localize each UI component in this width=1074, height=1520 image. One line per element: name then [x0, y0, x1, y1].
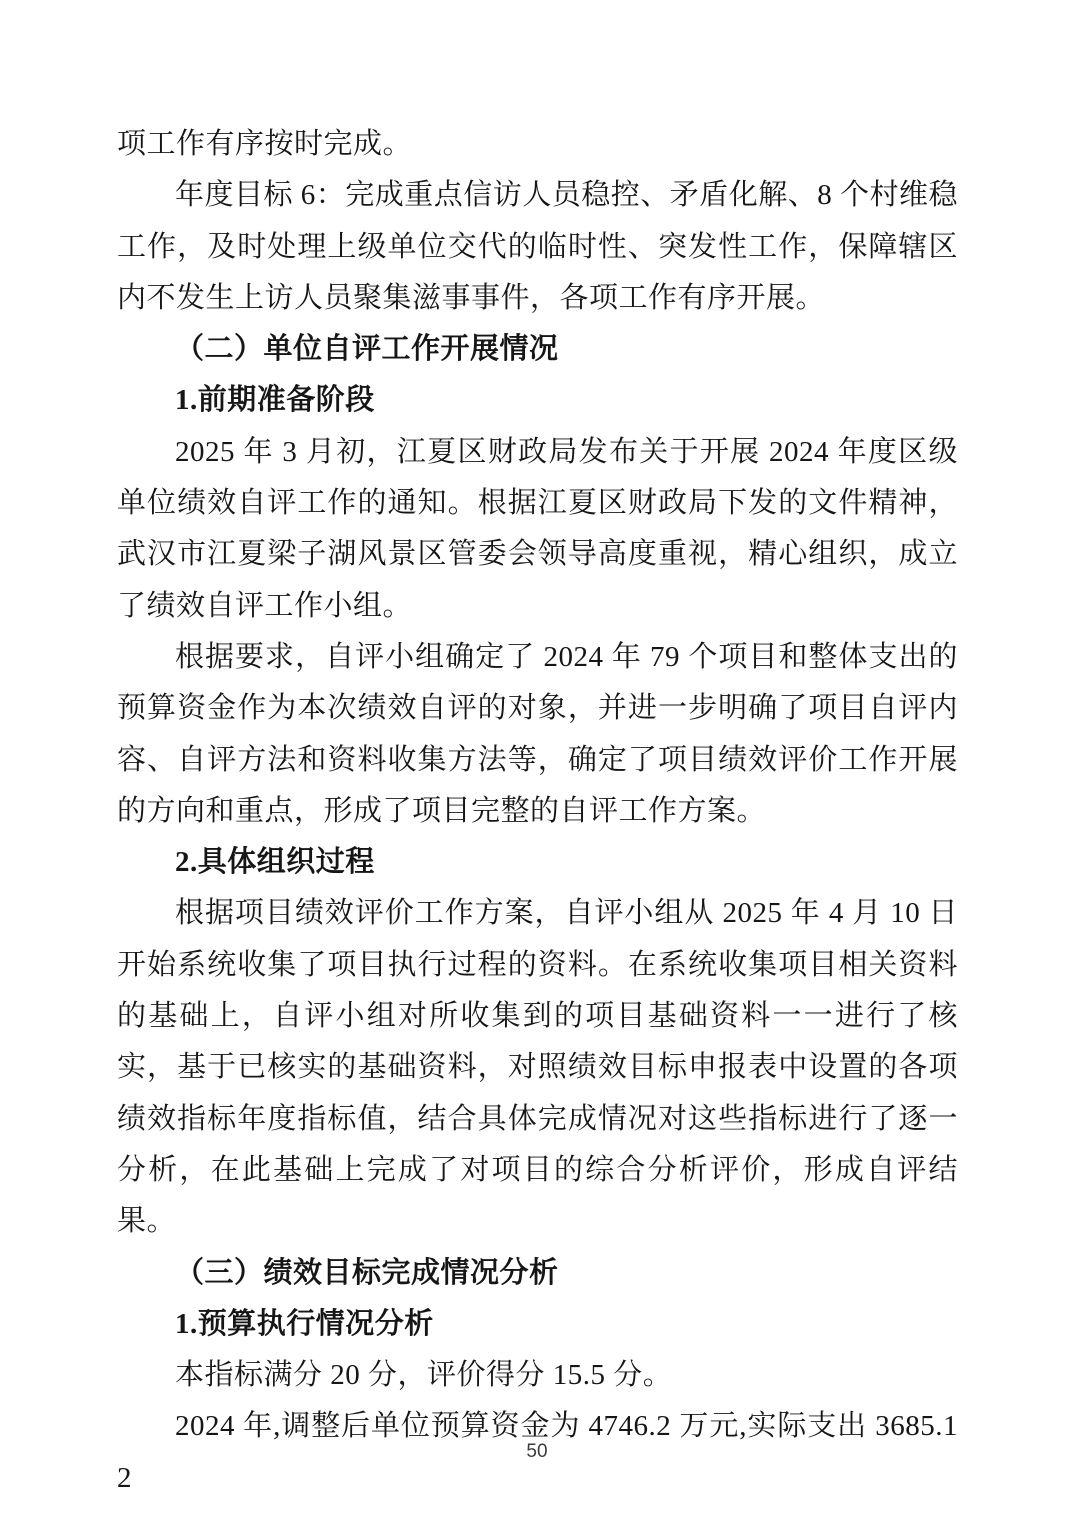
paragraph-continuation: 项工作有序按时完成。 [117, 119, 958, 170]
section-heading-2: （二）单位自评工作开展情况 [117, 324, 958, 375]
subsection-heading-1-budget-execution: 1.预算执行情况分析 [117, 1299, 958, 1350]
document-page: 项工作有序按时完成。 年度目标 6：完成重点信访人员稳控、矛盾化解、8 个村维稳… [0, 0, 1074, 1520]
paragraph-preparation-1: 2025 年 3 月初，江夏区财政局发布关于开展 2024 年度区级单位绩效自评… [117, 427, 958, 632]
subsection-heading-2-organization: 2.具体组织过程 [117, 837, 958, 888]
paragraph-preparation-2: 根据要求，自评小组确定了 2024 年 79 个项目和整体支出的预算资金作为本次… [117, 632, 958, 837]
paragraph-annual-goal-6: 年度目标 6：完成重点信访人员稳控、矛盾化解、8 个村维稳工作，及时处理上级单位… [117, 170, 958, 324]
paragraph-score: 本指标满分 20 分，评价得分 15.5 分。 [117, 1350, 958, 1401]
page-number: 50 [0, 1441, 1074, 1463]
subsection-heading-1-preparation: 1.前期准备阶段 [117, 375, 958, 426]
paragraph-organization: 根据项目绩效评价工作方案，自评小组从 2025 年 4 月 10 日开始系统收集… [117, 888, 958, 1247]
section-heading-3: （三）绩效目标完成情况分析 [117, 1248, 958, 1299]
document-body: 项工作有序按时完成。 年度目标 6：完成重点信访人员稳控、矛盾化解、8 个村维稳… [117, 119, 958, 1504]
